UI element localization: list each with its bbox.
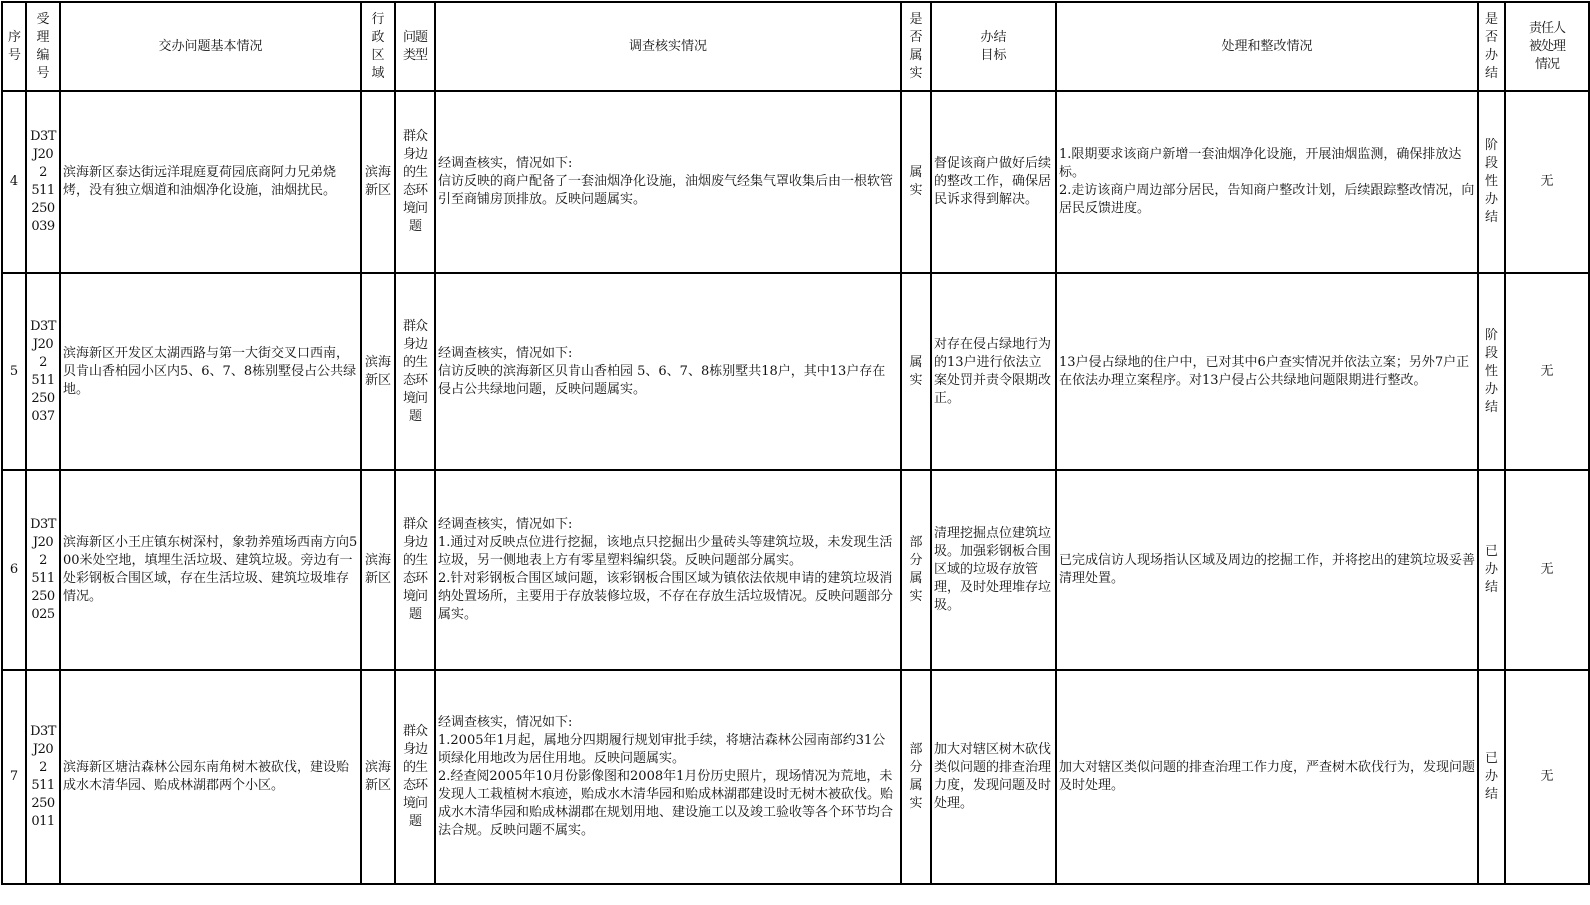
cell-case-no: D3T J202 511 250 039 [26,91,60,273]
cell-closed: 阶 段 性 办 结 [1478,91,1505,273]
cell-target: 对存在侵占绿地行为的13户进行依法立案处罚并责令限期改正。 [931,273,1056,470]
header-rectification: 处理和整改情况 [1056,2,1478,91]
cell-issue: 滨海新区塘沽森林公园东南角树木被砍伐，建设贻成水木清华园、贻成林湖郡两个小区。 [60,670,361,884]
header-investigation: 调查核实情况 [435,2,901,91]
cell-verified: 部 分 属 实 [901,470,931,670]
cell-type: 群众 身边 的生 态环 境问 题 [395,670,435,884]
cell-investigation: 经调查核实，情况如下: 1.通过对反映点位进行挖掘，该地点只挖掘出少量砖头等建筑… [435,470,901,670]
header-verified: 是 否 属 实 [901,2,931,91]
cell-closed: 阶 段 性 办 结 [1478,273,1505,470]
cell-accountability: 无 [1505,273,1589,470]
cell-rectification: 已完成信访人现场指认区域及周边的挖掘工作，并将挖出的建筑垃圾妥善清理处置。 [1056,470,1478,670]
cell-rectification: 加大对辖区类似问题的排查治理工作力度，严查树木砍伐行为，发现问题及时处理。 [1056,670,1478,884]
header-accountability: 责任人 被处理 情况 [1505,2,1589,91]
table-row: 5 D3T J202 511 250 037 滨海新区开发区太湖西路与第一大街交… [2,273,1589,470]
cell-closed: 已 办 结 [1478,470,1505,670]
cell-seq: 4 [2,91,26,273]
cell-case-no: D3T J202 511 250 037 [26,273,60,470]
header-target: 办结 目标 [931,2,1056,91]
cell-seq: 7 [2,670,26,884]
header-issue: 交办问题基本情况 [60,2,361,91]
header-region: 行 政 区 域 [361,2,395,91]
cell-issue: 滨海新区开发区太湖西路与第一大街交叉口西南，贝肯山香柏园小区内5、6、7、8栋别… [60,273,361,470]
cell-closed: 已 办 结 [1478,670,1505,884]
header-closed: 是 否 办 结 [1478,2,1505,91]
cell-accountability: 无 [1505,91,1589,273]
cell-investigation: 经调查核实，情况如下: 信访反映的商户配备了一套油烟净化设施，油烟废气经集气罩收… [435,91,901,273]
cell-issue: 滨海新区泰达街远洋琨庭夏荷园底商阿力兄弟烧烤，没有独立烟道和油烟净化设施，油烟扰… [60,91,361,273]
cell-target: 清理挖掘点位建筑垃圾。加强彩钢板合围区域的垃圾存放管理，及时处理堆存垃圾。 [931,470,1056,670]
cell-case-no: D3T J202 511 250 025 [26,470,60,670]
cell-investigation: 经调查核实，情况如下: 1.2005年1月起，属地分四期履行规划审批手续，将塘沽… [435,670,901,884]
table-row: 6 D3T J202 511 250 025 滨海新区小王庄镇东树深村，象勃养殖… [2,470,1589,670]
cell-rectification: 13户侵占绿地的住户中，已对其中6户查实情况并依法立案；另外7户正在依法办理立案… [1056,273,1478,470]
cell-region: 滨海 新区 [361,91,395,273]
complaint-handling-table: 序 号 受 理 编 号 交办问题基本情况 行 政 区 域 问题 类型 调查核实情… [1,1,1590,885]
cell-issue: 滨海新区小王庄镇东树深村，象勃养殖场西南方向500米处空地，填埋生活垃圾、建筑垃… [60,470,361,670]
cell-region: 滨海 新区 [361,470,395,670]
header-seq: 序 号 [2,2,26,91]
cell-region: 滨海 新区 [361,273,395,470]
cell-target: 加大对辖区树木砍伐类似问题的排查治理力度，发现问题及时处理。 [931,670,1056,884]
cell-rectification: 1.限期要求该商户新增一套油烟净化设施，开展油烟监测，确保排放达标。 2.走访该… [1056,91,1478,273]
cell-verified: 部 分 属 实 [901,670,931,884]
cell-accountability: 无 [1505,670,1589,884]
cell-region: 滨海 新区 [361,670,395,884]
cell-seq: 6 [2,470,26,670]
cell-type: 群众 身边 的生 态环 境问 题 [395,470,435,670]
cell-verified: 属 实 [901,91,931,273]
cell-type: 群众 身边 的生 态环 境问 题 [395,91,435,273]
cell-investigation: 经调查核实，情况如下: 信访反映的滨海新区贝肯山香柏园 5、6、7、8栋别墅共1… [435,273,901,470]
table-header-row: 序 号 受 理 编 号 交办问题基本情况 行 政 区 域 问题 类型 调查核实情… [2,2,1589,91]
cell-type: 群众 身边 的生 态环 境问 题 [395,273,435,470]
header-case-no: 受 理 编 号 [26,2,60,91]
cell-accountability: 无 [1505,470,1589,670]
cell-target: 督促该商户做好后续的整改工作，确保居民诉求得到解决。 [931,91,1056,273]
cell-seq: 5 [2,273,26,470]
cell-case-no: D3T J202 511 250 011 [26,670,60,884]
table-row: 7 D3T J202 511 250 011 滨海新区塘沽森林公园东南角树木被砍… [2,670,1589,884]
header-type: 问题 类型 [395,2,435,91]
table-row: 4 D3T J202 511 250 039 滨海新区泰达街远洋琨庭夏荷园底商阿… [2,91,1589,273]
cell-verified: 属 实 [901,273,931,470]
